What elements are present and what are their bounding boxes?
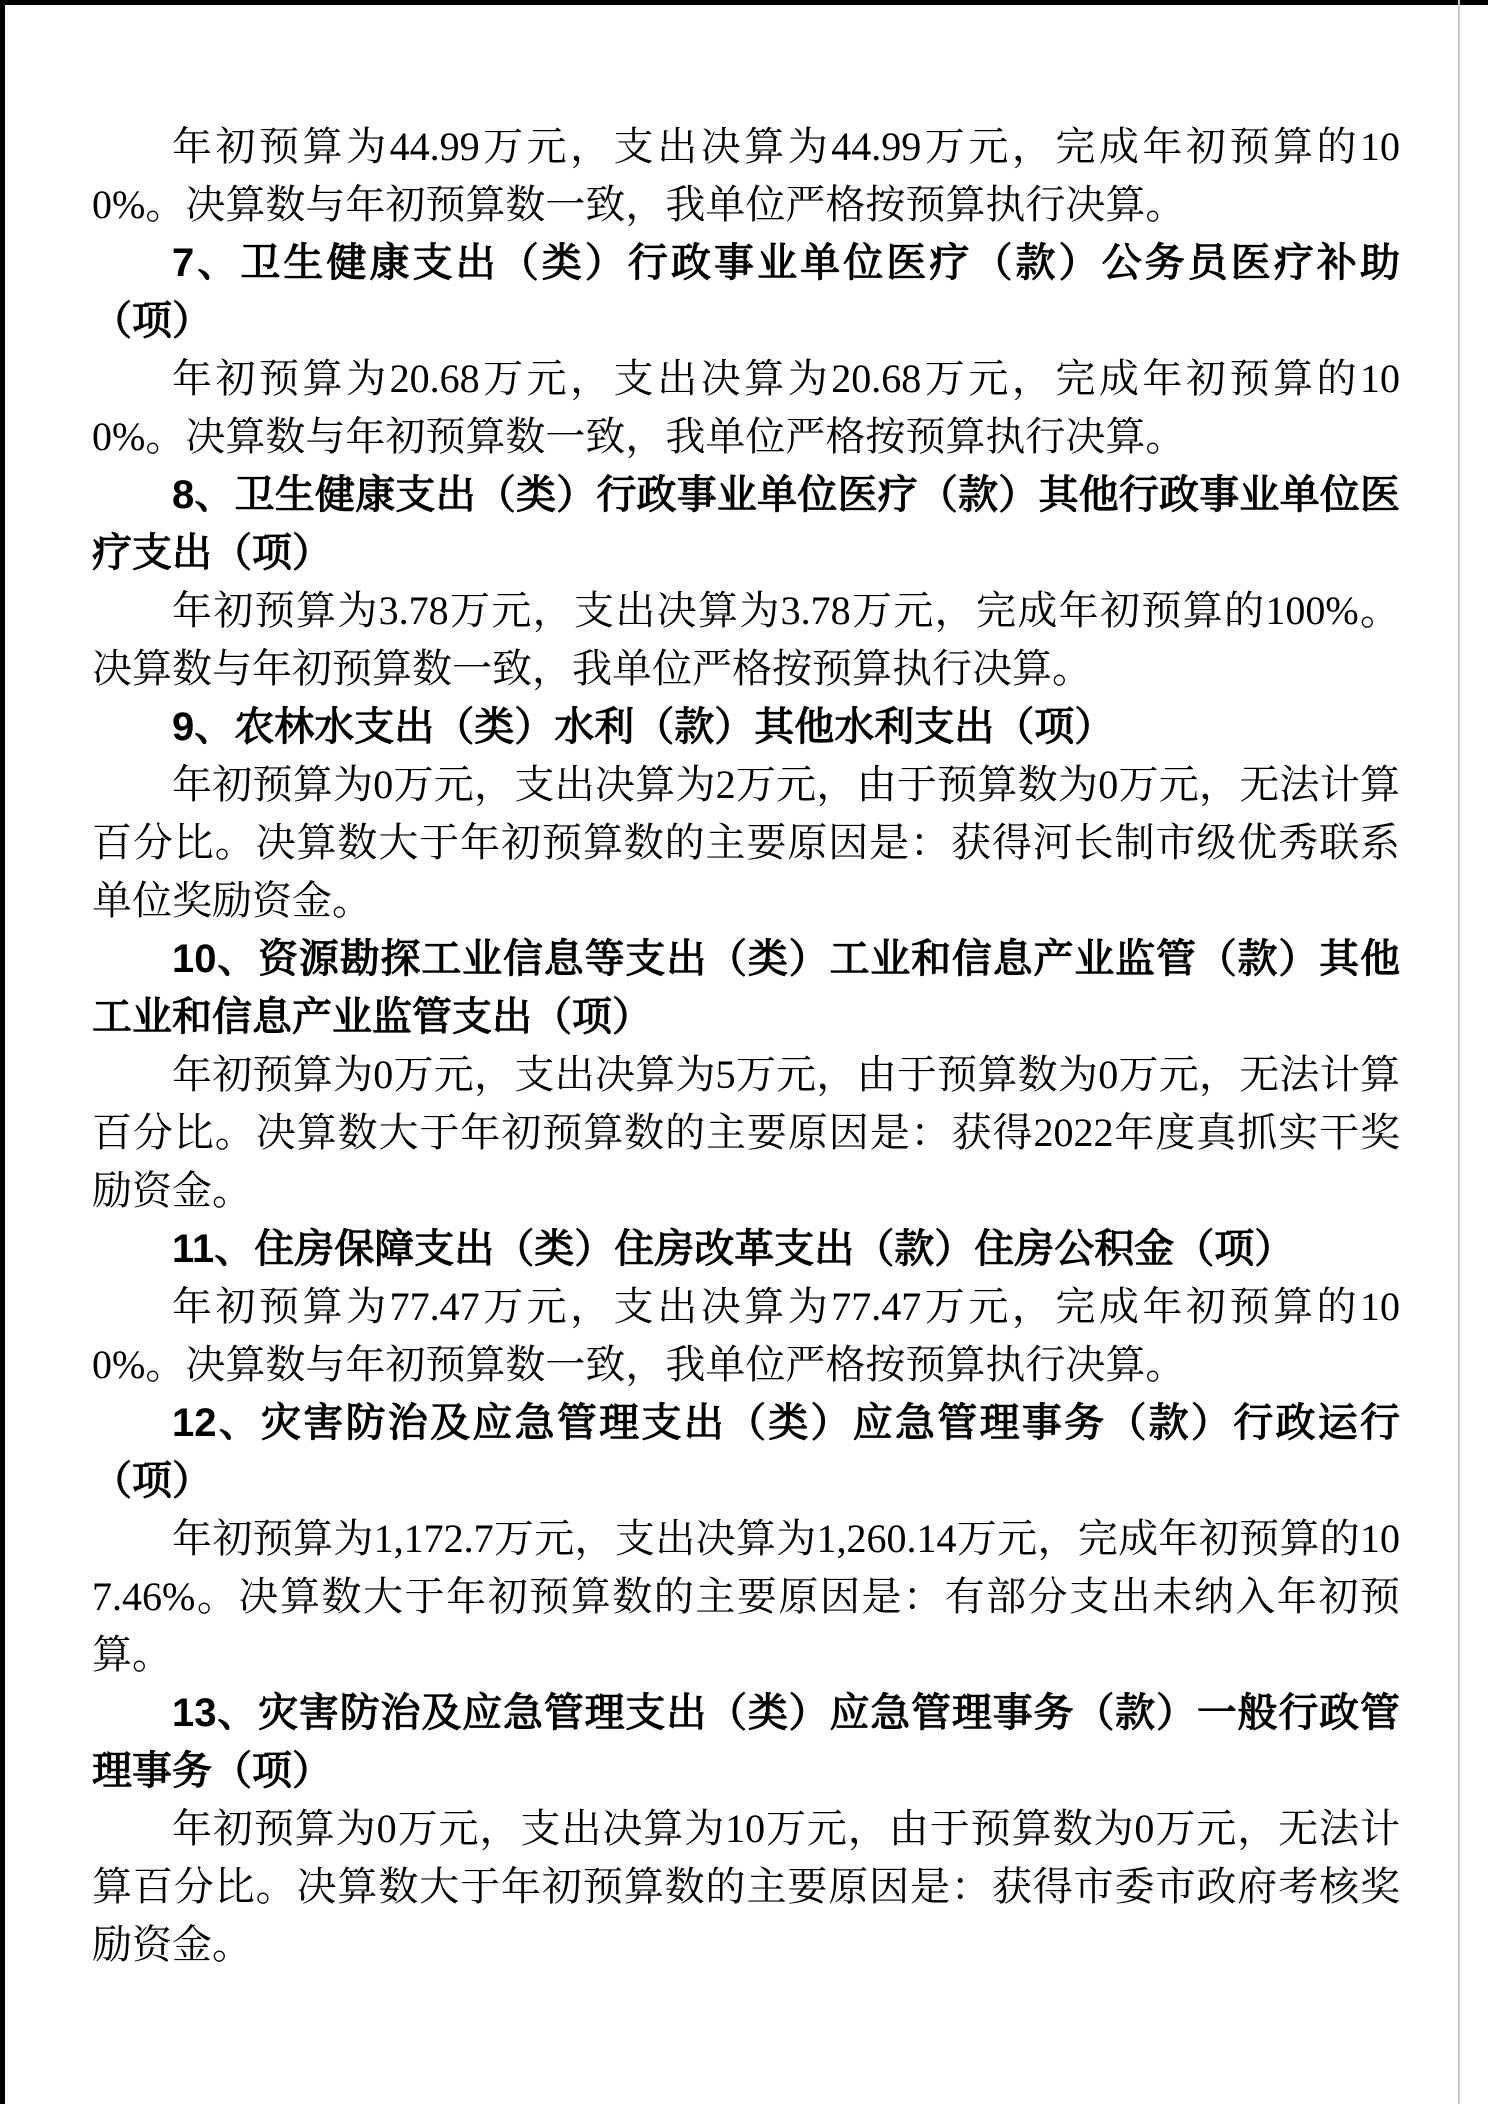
section-heading: 9、农林水支出（类）水利（款）其他水利支出（项） bbox=[92, 698, 1400, 756]
document-paragraph: 年初预算为20.68万元，支出决算为20.68万元，完成年初预算的100%。决算… bbox=[92, 350, 1400, 466]
document-paragraph: 年初预算为0万元，支出决算为10万元，由于预算数为0万元，无法计算百分比。决算数… bbox=[92, 1800, 1400, 1974]
document-paragraph: 年初预算为0万元，支出决算为5万元，由于预算数为0万元，无法计算百分比。决算数大… bbox=[92, 1046, 1400, 1220]
section-heading: 11、住房保障支出（类）住房改革支出（款）住房公积金（项） bbox=[92, 1220, 1400, 1278]
document-paragraph: 年初预算为1,172.7万元，支出决算为1,260.14万元，完成年初预算的10… bbox=[92, 1510, 1400, 1684]
page-top-edge-bar bbox=[0, 0, 1488, 5]
page-left-edge-bar bbox=[0, 0, 5, 2104]
document-paragraph: 年初预算为0万元，支出决算为2万元，由于预算数为0万元，无法计算百分比。决算数大… bbox=[92, 756, 1400, 930]
section-heading: 7、卫生健康支出（类）行政事业单位医疗（款）公务员医疗补助（项） bbox=[92, 234, 1400, 350]
section-heading: 8、卫生健康支出（类）行政事业单位医疗（款）其他行政事业单位医疗支出（项） bbox=[92, 466, 1400, 582]
document-paragraph: 年初预算为3.78万元，支出决算为3.78万元，完成年初预算的100%。决算数与… bbox=[92, 582, 1400, 698]
document-page: 年初预算为44.99万元，支出决算为44.99万元，完成年初预算的100%。决算… bbox=[0, 0, 1488, 2104]
document-paragraph: 年初预算为44.99万元，支出决算为44.99万元，完成年初预算的100%。决算… bbox=[92, 118, 1400, 234]
section-heading: 13、灾害防治及应急管理支出（类）应急管理事务（款）一般行政管理事务（项） bbox=[92, 1684, 1400, 1800]
document-content: 年初预算为44.99万元，支出决算为44.99万元，完成年初预算的100%。决算… bbox=[92, 118, 1400, 1974]
section-heading: 12、灾害防治及应急管理支出（类）应急管理事务（款）行政运行（项） bbox=[92, 1394, 1400, 1510]
section-heading: 10、资源勘探工业信息等支出（类）工业和信息产业监管（款）其他工业和信息产业监管… bbox=[92, 930, 1400, 1046]
document-paragraph: 年初预算为77.47万元，支出决算为77.47万元，完成年初预算的100%。决算… bbox=[92, 1278, 1400, 1394]
page-right-edge-line bbox=[1458, 0, 1460, 2104]
